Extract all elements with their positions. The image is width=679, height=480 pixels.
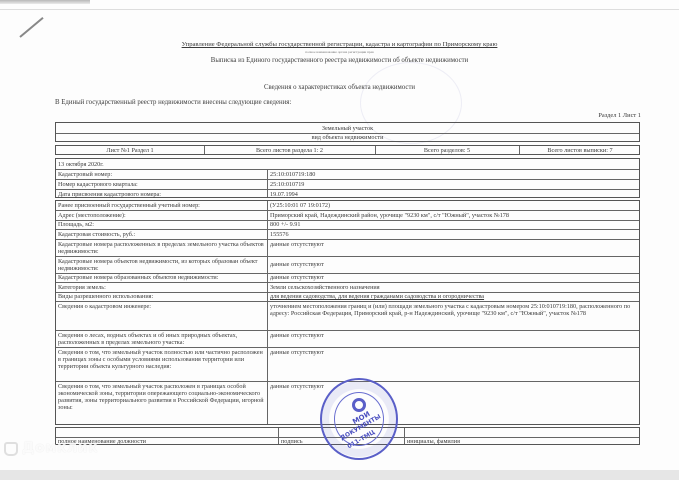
formed-objects-label: Кадастровые номера образованных объектов… [56,273,220,282]
contained-objects-label: Кадастровые номера расположенных в преде… [56,240,267,256]
area-label: Площадь, м2: [56,220,96,229]
previous-number-value: (У25:10:01 07 19:0172) [268,201,332,210]
assignment-date-value: 19.07.1994 [268,190,300,199]
official-stamp: МОИ ДОКУМЕНТЫ 011-ТМЦ [320,378,398,460]
address-value: Приморский край, Надеждинский район, уро… [268,211,511,220]
address-label: Адрес (местоположение): [56,211,128,220]
stamp-logo-icon [352,398,366,412]
economic-zone-value: данные отсутствуют [268,382,326,391]
document-page: Управление Федеральной службы государств… [0,0,679,470]
object-type: Земельный участок [56,124,639,133]
land-category-label: Категория земель: [56,283,108,292]
basic-info-table: 13 октября 2020г. Кадастровый номер: 25:… [55,158,640,198]
permitted-use-label: Виды разрешенного использования: [56,292,155,301]
cadastral-number-label: Кадастровый номер: [56,170,114,179]
special-zone-label: Сведения о том, что земельный участок по… [56,348,267,371]
previous-number-label: Ранее присвоенный государственный учетны… [56,201,202,210]
sheet-info-row: Лист №1 Раздел 1 Всего листов раздела 1:… [55,145,640,155]
scan-edge-shadow [0,0,90,4]
area-value: 800 +/- 9.91 [268,220,302,229]
cadastral-value-label: Кадастровая стоимость, руб.: [56,230,137,239]
contained-objects-value: данные отсутствуют [268,240,326,249]
natural-objects-label: Сведения о лесах, водных объектах и об и… [56,331,267,347]
natural-objects-value: данные отсутствуют [268,331,326,340]
viewer-bottom-band [0,470,679,480]
formed-objects-value: данные отсутствуют [268,273,326,282]
agency-caption: полное наименование органа регистрации п… [0,50,679,54]
engineer-value: уточнением местоположения границ и (или)… [268,302,641,318]
land-category-value: Земли сельскохозяйственного назначения [268,283,382,292]
total-sections: Всего разделов: 5 [375,146,519,155]
object-type-caption: вид объекта недвижимости [56,133,639,142]
total-sheets-section: Всего листов раздела 1: 2 [204,146,375,155]
sheet-reference: Раздел 1 Лист 1 [598,112,641,120]
domclick-watermark: Домклик [22,440,98,456]
special-zone-value: данные отсутствуют [268,348,326,357]
agency-name: Управление Федеральной службы государств… [0,41,679,49]
source-objects-value: данные отсутствуют [268,260,326,269]
extract-date: 13 октября 2020г. [56,160,106,169]
economic-zone-label: Сведения о том, что земельный участок ра… [56,382,267,412]
section-title: Сведения о характеристиках объекта недви… [0,84,679,92]
name-caption: инициалы, фамилия [405,437,462,446]
cadastral-quarter-value: 25:10:010719 [268,180,306,189]
engineer-label: Сведения о кадастровом инженере: [56,302,153,311]
total-sheets: Всего листов выписки: 7 [519,146,641,155]
scan-fold-line [0,9,679,10]
permitted-use-value: для ведения садоводства, для ведения гра… [268,292,486,301]
domclick-logo-icon [4,442,18,456]
cadastral-number-value: 25:10:010719:180 [268,170,317,179]
sheet-number: Лист №1 Раздел 1 [56,146,204,155]
document-title: Выписка из Единого государственного реес… [0,57,679,65]
cadastral-value-value: 155576 [268,230,291,239]
cadastral-quarter-label: Номер кадастрового квартала: [56,180,140,189]
signature-caption: подпись [279,437,305,446]
assignment-date-label: Дата присвоения кадастрового номера: [56,190,163,199]
object-type-box: Земельный участок вид объекта недвижимос… [55,122,640,142]
source-objects-label: Кадастровые номера объектов недвижимости… [56,257,267,273]
intro-text: В Единый государственный реестр недвижим… [55,99,291,107]
pen-mark [19,17,43,38]
